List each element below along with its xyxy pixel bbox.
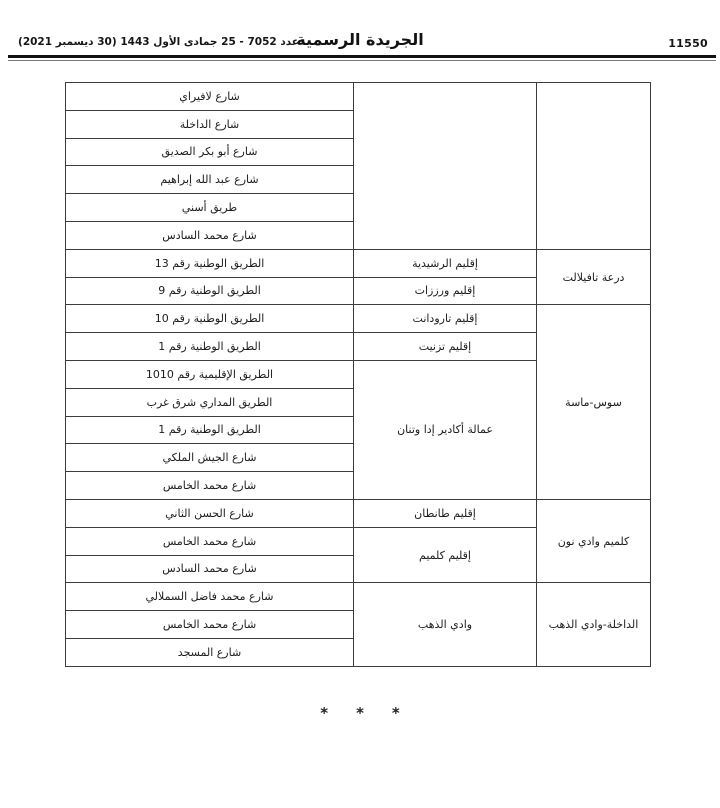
province-cell: إقليم ورززات [354,277,537,305]
region-cell: كلميم وادي نون [537,499,651,582]
page-number: 11550 [668,37,708,50]
street-cell: الطريق الوطنية رقم 13 [66,249,354,277]
table-row: شارع محمد فاضل السملالي وادي الذهب الداخ… [66,583,651,611]
street-cell: شارع محمد فاضل السملالي [66,583,354,611]
street-cell: شارع أبو بكر الصديق [66,138,354,166]
province-cell: وادي الذهب [354,583,537,666]
street-cell: الطريق الوطنية رقم 9 [66,277,354,305]
street-cell: الطريق الوطنية رقم 10 [66,305,354,333]
table-row: الطريق الوطنية رقم 10 إقليم تارودانت سوس… [66,305,651,333]
region-cell: سوس-ماسة [537,305,651,500]
street-cell: شارع محمد الخامس [66,472,354,500]
region-cell: درعة تافيلالت [537,249,651,305]
header-rule [8,55,716,61]
streets-table: شارع لافيراي شارع الداخلة شارع أبو بكر ا… [65,82,651,667]
street-cell: شارع عبد الله إبراهيم [66,166,354,194]
street-cell: شارع محمد السادس [66,221,354,249]
street-cell: شارع لافيراي [66,83,354,111]
street-cell: الطريق الوطنية رقم 1 [66,333,354,361]
street-cell: طريق أسني [66,194,354,222]
table-row: شارع الحسن الثاني إقليم طانطان كلميم واد… [66,499,651,527]
street-cell: شارع الجيش الملكي [66,444,354,472]
street-cell: شارع محمد السادس [66,555,354,583]
table-row: شارع لافيراي [66,83,651,111]
street-cell: شارع الحسن الثاني [66,499,354,527]
gazette-page: عدد 7052 - 25 جمادى الأول 1443 (30 ديسمب… [0,0,720,808]
street-cell: شارع محمد الخامس [66,527,354,555]
street-cell: الطريق الوطنية رقم 1 [66,416,354,444]
province-cell: إقليم كلميم [354,527,537,583]
asterisk: * [356,704,364,722]
street-cell: الطريق الإقليمية رقم 1010 [66,360,354,388]
street-cell: شارع المسجد [66,638,354,666]
province-cell: إقليم طانطان [354,499,537,527]
province-cell: إقليم تزنيت [354,333,537,361]
province-cell: عمالة أكادير إدا وتنان [354,360,537,499]
footer-separator: * * * [0,704,720,722]
street-cell: شارع محمد الخامس [66,611,354,639]
asterisk: * [392,704,400,722]
province-cell: إقليم تارودانت [354,305,537,333]
province-cell: إقليم الرشيدية [354,249,537,277]
table-row: الطريق الوطنية رقم 13 إقليم الرشيدية درع… [66,249,651,277]
region-cell: الداخلة-وادي الذهب [537,583,651,666]
empty-region-cell [537,83,651,250]
street-cell: الطريق المداري شرق غرب [66,388,354,416]
empty-province-cell [354,83,537,250]
asterisk: * [320,704,328,722]
journal-title: الجريدة الرسمية [0,30,720,49]
street-cell: شارع الداخلة [66,110,354,138]
